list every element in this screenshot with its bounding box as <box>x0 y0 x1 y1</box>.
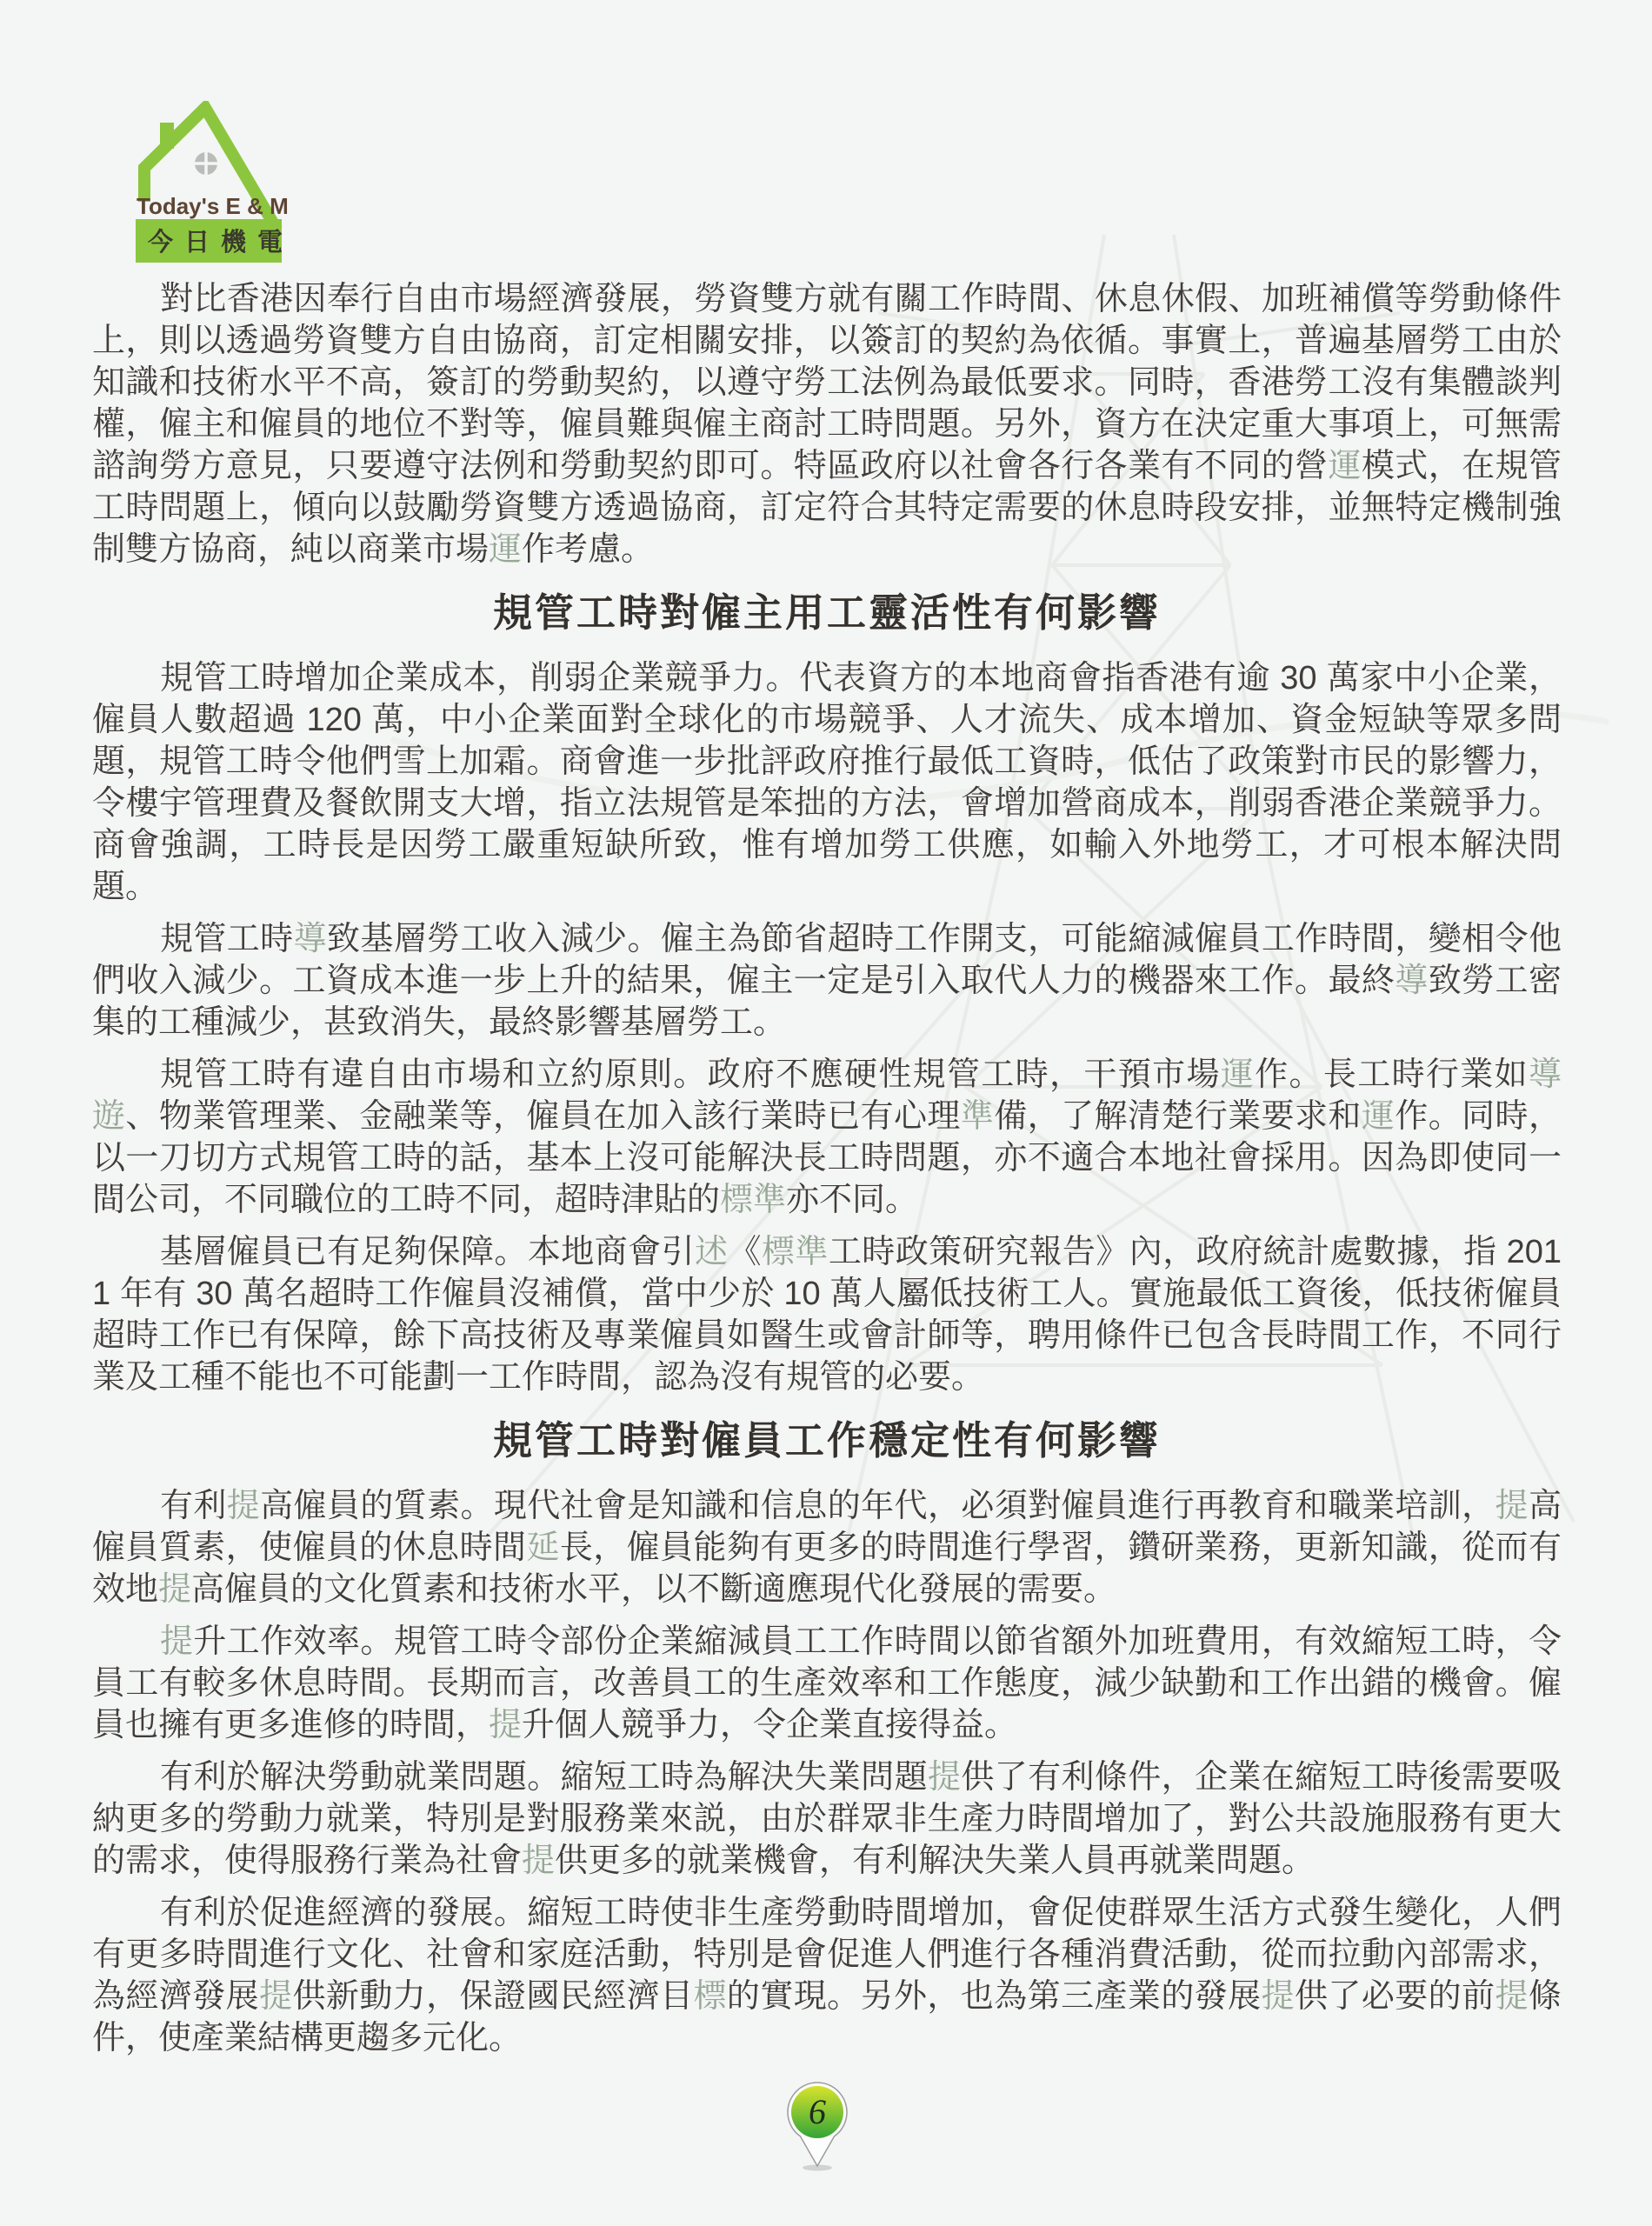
text-segment: 規管工時增加企業成本，削弱企業競爭力。代表資方的本地商會指香港有逾 30 萬家中… <box>92 660 1562 905</box>
text-segment: 《 <box>728 1234 761 1270</box>
text-segment: 亦不同。 <box>786 1182 918 1218</box>
text-segment: 提 <box>259 1978 292 2015</box>
section-heading-employee-stability: 規管工時對僱員工作穩定性有何影響 <box>92 1417 1562 1464</box>
text-segment: 基層僱員已有足夠保障。本地商會引 <box>160 1234 695 1270</box>
text-segment: 高僱員的質素。現代社會是知識和信息的年代，必須對僱員進行再教育和職業培訓， <box>260 1488 1495 1524</box>
text-segment: 有利於解決勞動就業問題。縮短工時為解決失業問題 <box>160 1759 928 1796</box>
text-segment: 運 <box>489 531 522 568</box>
text-segment: 標準 <box>762 1234 829 1270</box>
text-segment: 規管工時有違自由市場和立約原則。政府不應硬性規管工時，干預市場 <box>160 1056 1221 1093</box>
text-segment: 高僱員的文化質素和技術水平，以不斷適應現代化發展的需要。 <box>191 1571 1116 1608</box>
text-segment: 提 <box>158 1571 191 1608</box>
text-segment: 準 <box>961 1098 994 1135</box>
text-segment: 提 <box>160 1623 193 1660</box>
text-segment: 提 <box>1495 1488 1529 1524</box>
paragraph: 規管工時有違自由市場和立約原則。政府不應硬性規管工時，干預市場運作。長工時行業如… <box>92 1054 1562 1221</box>
text-segment: 備，了解清楚行業要求和 <box>994 1098 1362 1135</box>
paragraph: 規管工時增加企業成本，削弱企業競爭力。代表資方的本地商會指香港有逾 30 萬家中… <box>92 657 1562 908</box>
paragraph: 有利於促進經濟的發展。縮短工時使非生產勞動時間增加，會促使群眾生活方式發生變化，… <box>92 1892 1562 2059</box>
text-segment: 標準 <box>720 1182 786 1218</box>
text-segment: 述 <box>695 1234 728 1270</box>
logo-title-en: Today's E & M <box>137 193 289 220</box>
paragraph: 基層僱員已有足夠保障。本地商會引述《標準工時政策研究報告》內，政府統計處數據，指… <box>92 1231 1562 1398</box>
chimney-shape <box>160 123 174 149</box>
text-segment: 有利 <box>160 1488 227 1524</box>
section-heading-employer-flexibility: 規管工時對僱主用工靈活性有何影響 <box>92 590 1562 636</box>
text-segment: 提 <box>1262 1978 1295 2015</box>
paragraph: 有利於解決勞動就業問題。縮短工時為解決失業問題提供了有利條件，企業在縮短工時後需… <box>92 1756 1562 1882</box>
text-segment: 作考慮。 <box>522 531 654 568</box>
text-segment: 提 <box>928 1759 961 1796</box>
text-segment: 提 <box>489 1707 522 1743</box>
paragraph: 規管工時導致基層勞工收入減少。僱主為節省超時工作開支，可能縮減僱員工作時間，變相… <box>92 918 1562 1043</box>
article-body: 對比香港因奉行自由市場經濟發展，勞資雙方就有關工作時間、休息休假、加班補償等勞動… <box>92 278 1562 2069</box>
magazine-page: Today's E & M 今日機電 對比香港因奉行自由市場經濟發展，勞資雙方就… <box>0 0 1652 2226</box>
logo-title-zh: 今日機電 <box>136 219 282 263</box>
text-segment: 提 <box>522 1843 555 1879</box>
text-segment: 升個人競爭力，令企業直接得益。 <box>522 1707 1017 1743</box>
text-segment: 供新動力，保證國民經濟目 <box>293 1978 694 2015</box>
text-segment: 導 <box>1395 963 1428 999</box>
text-segment: 運 <box>1328 448 1361 484</box>
text-segment: 標 <box>694 1978 727 2015</box>
text-segment: 規管工時 <box>160 921 294 957</box>
page-number: 6 <box>809 2092 826 2131</box>
text-segment: 延 <box>526 1530 559 1566</box>
paragraph: 有利提高僱員的質素。現代社會是知識和信息的年代，必須對僱員進行再教育和職業培訓，… <box>92 1485 1562 1610</box>
intro-paragraph: 對比香港因奉行自由市場經濟發展，勞資雙方就有關工作時間、休息休假、加班補償等勞動… <box>92 278 1562 570</box>
text-segment: 、物業管理業、金融業等，僱員在加入該行業時已有心理 <box>125 1098 960 1135</box>
text-segment: 作。長工時行業如 <box>1255 1056 1529 1093</box>
paragraph: 提升工作效率。規管工時令部份企業縮減員工工作時間以節省額外加班費用，有效縮短工時… <box>92 1621 1562 1746</box>
publication-logo: Today's E & M 今日機電 <box>87 101 296 261</box>
text-segment: 運 <box>1221 1056 1255 1093</box>
text-segment: 提 <box>227 1488 260 1524</box>
text-segment: 的實現。另外，也為第三產業的發展 <box>727 1978 1262 2015</box>
text-segment: 供了必要的前 <box>1295 1978 1495 2015</box>
page-number-pin: 6 <box>784 2080 850 2174</box>
text-segment: 運 <box>1362 1098 1395 1135</box>
text-segment: 供更多的就業機會，有利解決失業人員再就業問題。 <box>555 1843 1315 1879</box>
text-segment: 提 <box>1495 1978 1529 2015</box>
page-number-pin-icon: 6 <box>784 2080 850 2174</box>
text-segment: 導 <box>294 921 327 957</box>
